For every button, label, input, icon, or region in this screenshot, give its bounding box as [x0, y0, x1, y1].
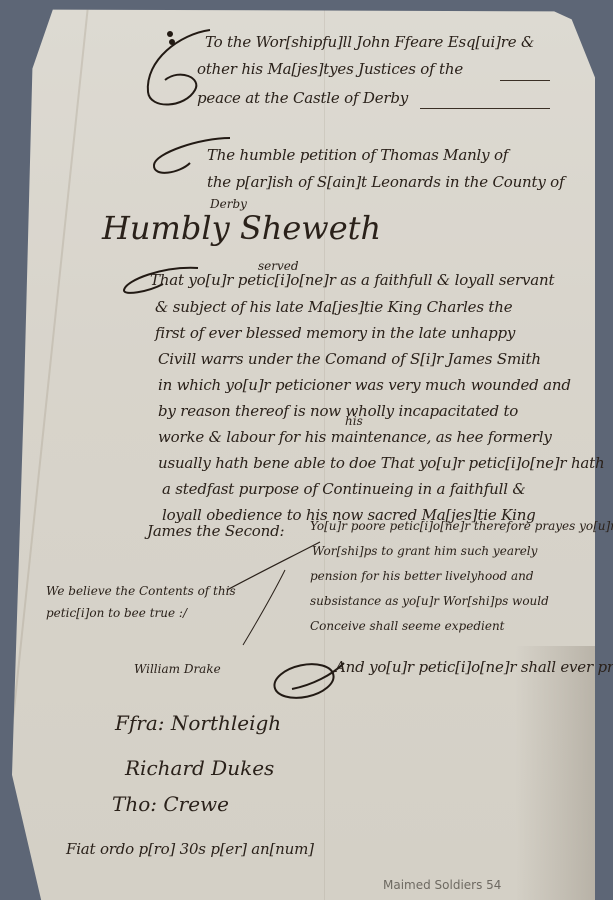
body-line-1: That yo[u]r petic[i]o[ne]r as a faithful…	[150, 273, 554, 288]
humbly-sheweth-heading: Humbly Sheweth	[102, 212, 381, 244]
prayer-line-5: Conceive shall seeme expedient	[310, 620, 505, 632]
body-line-9: a stedfast purpose of Continueing in a f…	[162, 482, 526, 497]
petition-intro-line-1: The humble petition of Thomas Manly of	[207, 148, 508, 163]
body-line-8: usually hath bene able to doe That yo[u]…	[158, 456, 604, 471]
body-line-4: Civill warrs under the Comand of S[i]r J…	[158, 352, 541, 367]
address-line-1: To the Wor[shipfu]ll John Ffeare Esq[ui]…	[205, 35, 534, 50]
signature-crewe: Tho: Crewe	[112, 794, 229, 814]
prayer-line-4: subsistance as yo[u]r Wor[shi]ps would	[310, 595, 549, 607]
prayer-line-2: Wor[shi]ps to grant him such yearely	[312, 545, 537, 557]
paper-stain	[515, 646, 595, 900]
prayer-line-1: Yo[u]r poore petic[i]o[ne]r therefore pr…	[310, 520, 613, 532]
capital-t-flourish-icon	[150, 133, 210, 183]
manuscript-page	[12, 6, 595, 900]
certification-line-2: petic[i]on to bee true :/	[46, 607, 187, 619]
body-line-5: in which yo[u]r peticioner was very much…	[158, 378, 571, 393]
body-line-2: & subject of his late Ma[jes]tie King Ch…	[155, 300, 512, 315]
body-line-6: by reason thereof is now wholly incapaci…	[158, 404, 518, 419]
signature-northleigh: Ffra: Northleigh	[115, 713, 281, 733]
archive-reference-label: Maimed Soldiers 54	[383, 878, 501, 892]
closing-prayer: And yo[u]r petic[i]o[ne]r shall ever pra…	[335, 660, 613, 675]
signature-william-drake: William Drake	[134, 663, 221, 675]
address-line-3: peace at the Castle of Derby	[197, 91, 408, 106]
petition-intro-line-2: the p[ar]ish of S[ain]t Leonards in the …	[207, 175, 564, 190]
line-filler	[420, 108, 550, 109]
fiat-order: Fiat ordo p[ro] 30s p[er] an[num]	[66, 842, 314, 857]
certification-line-1: We believe the Contents of this	[46, 585, 236, 597]
line-filler	[500, 80, 550, 81]
body-line-11: James the Second:	[147, 524, 284, 539]
prayer-line-3: pension for his better livelyhood and	[310, 570, 534, 582]
body-line-7: worke & labour for his maintenance, as h…	[158, 430, 552, 445]
address-line-2: other his Ma[jes]tyes Justices of the	[197, 62, 463, 77]
capital-t-flourish-icon	[140, 20, 200, 110]
body-line-3: first of ever blessed memory in the late…	[155, 326, 515, 341]
signature-richard-dukes: Richard Dukes	[125, 758, 274, 778]
